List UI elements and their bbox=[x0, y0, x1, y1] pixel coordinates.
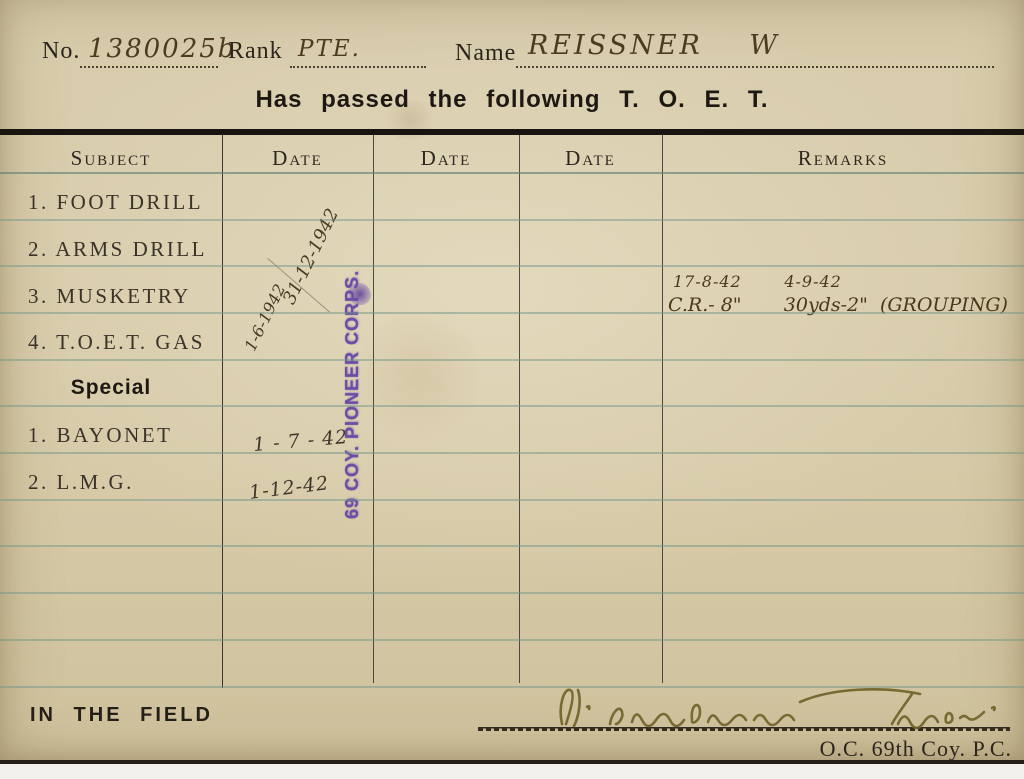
ruled-line bbox=[0, 219, 1024, 221]
ruled-line bbox=[0, 592, 1024, 594]
ruled-line bbox=[0, 686, 1024, 688]
stamp-ink-smudge bbox=[349, 283, 371, 305]
ruled-line bbox=[0, 499, 1024, 501]
table-top-rule bbox=[0, 129, 1024, 135]
rank-value: PTE. bbox=[298, 36, 361, 62]
ruled-line bbox=[0, 359, 1024, 361]
officer-title: O.C. 69th Coy. P.C. bbox=[700, 736, 1012, 762]
col-header-date3: Date bbox=[519, 146, 662, 171]
service-number-value: 1380025b bbox=[88, 34, 236, 64]
row-bayonet: 1. BAYONET bbox=[28, 423, 172, 448]
ruled-line bbox=[0, 405, 1024, 407]
scanner-background bbox=[0, 764, 1024, 779]
ruled-line bbox=[0, 545, 1024, 547]
ruled-line bbox=[0, 452, 1024, 454]
unit-stamp: 69 COY. PIONEER CORPS. bbox=[342, 281, 372, 519]
name-value: REISSNER W bbox=[528, 30, 780, 61]
column-divider bbox=[373, 135, 374, 683]
column-divider bbox=[662, 135, 663, 683]
column-divider bbox=[519, 135, 520, 683]
row-arms-drill: 2. ARMS DRILL bbox=[28, 237, 207, 262]
ruled-line bbox=[0, 172, 1024, 174]
row-toet-gas: 4. T.O.E.T. GAS bbox=[28, 330, 205, 355]
ruled-line bbox=[0, 312, 1024, 314]
row-special-heading: Special bbox=[0, 376, 222, 400]
col-header-subject: Subject bbox=[0, 146, 222, 171]
no-label: No. bbox=[42, 38, 80, 65]
in-the-field-label: IN THE FIELD bbox=[30, 704, 213, 727]
col-header-date2: Date bbox=[373, 146, 519, 171]
col-header-remarks: Remarks bbox=[662, 146, 1024, 171]
musketry-remarks-line1: 17-8-42 4-9-42 bbox=[673, 272, 842, 291]
ruled-line bbox=[0, 265, 1024, 267]
column-divider bbox=[222, 135, 223, 688]
name-label: Name bbox=[455, 40, 516, 67]
card-title: Has passed the following T. O. E. T. bbox=[0, 86, 1024, 114]
row-musketry: 3. MUSKETRY bbox=[28, 284, 191, 309]
col-header-date1: Date bbox=[222, 146, 373, 171]
row-foot-drill: 1. FOOT DRILL bbox=[28, 190, 203, 215]
paper-stain bbox=[360, 300, 480, 450]
ruled-line bbox=[0, 639, 1024, 641]
rank-label: Rank bbox=[228, 38, 283, 65]
row-lmg: 2. L.M.G. bbox=[28, 470, 134, 495]
scanned-card: No. 1380025b Rank PTE. Name REISSNER W H… bbox=[0, 0, 1024, 779]
record-card: No. 1380025b Rank PTE. Name REISSNER W H… bbox=[0, 0, 1024, 764]
